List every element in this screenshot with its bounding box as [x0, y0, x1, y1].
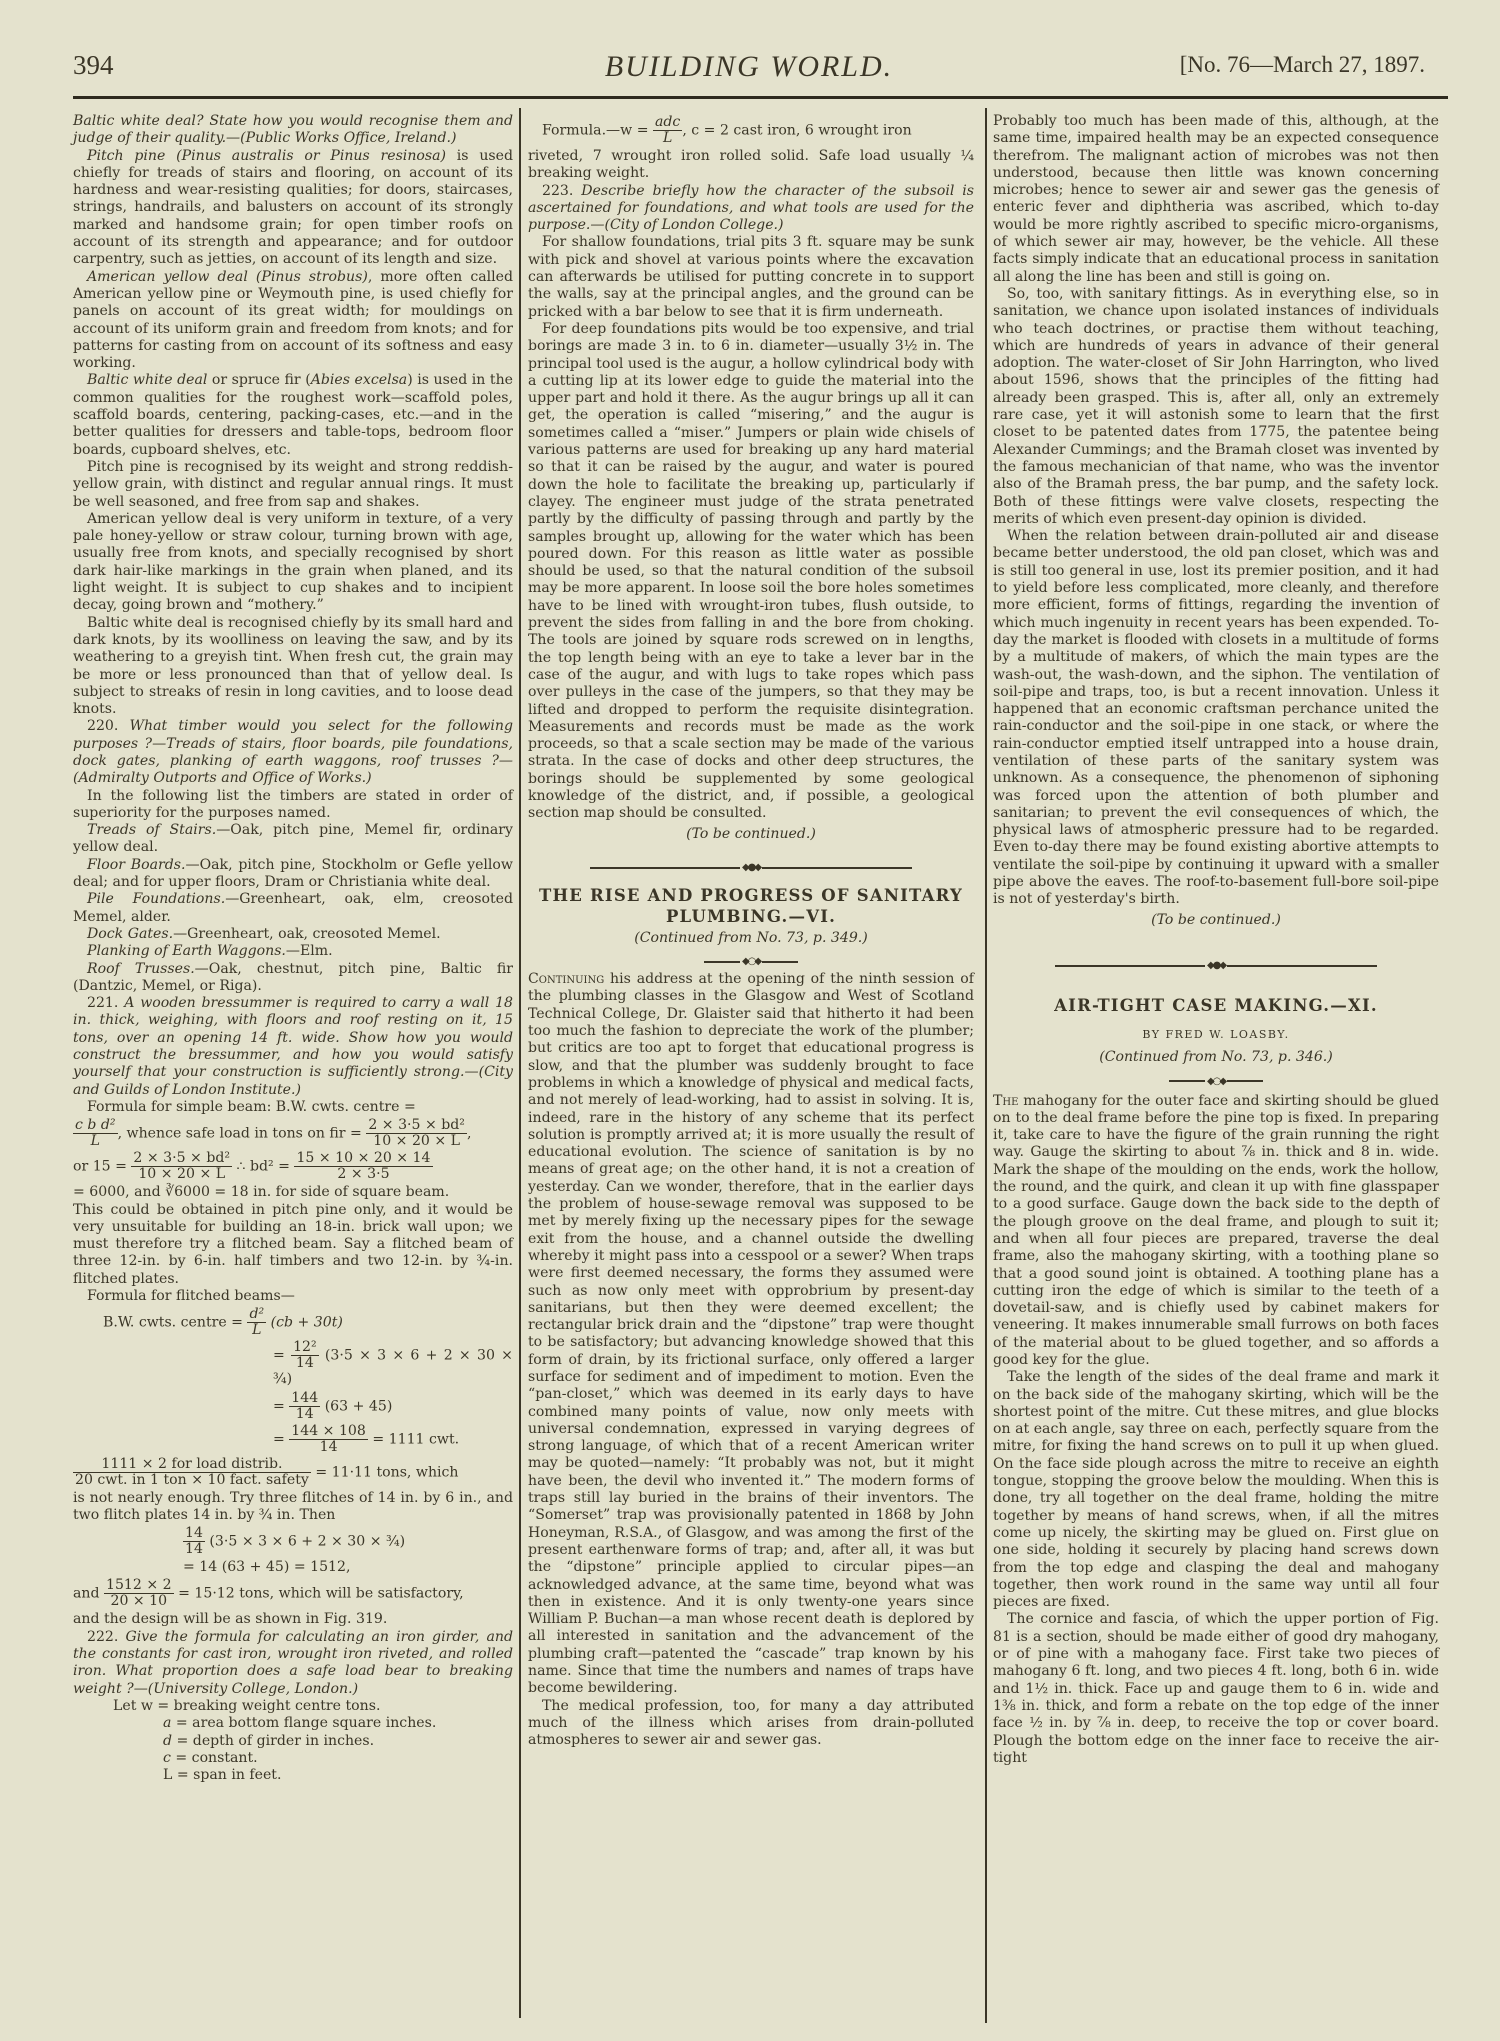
ornament-divider: ◆●◆: [528, 859, 974, 867]
article-headline: AIR-TIGHT CASE MAKING.—XI.: [993, 995, 1439, 1016]
question-223: 223. Describe briefly how the character …: [528, 183, 974, 235]
byline: BY FRED W. LOASBY.: [993, 1026, 1439, 1043]
paragraph: Baltic white deal is recognised chiefly …: [73, 615, 513, 719]
variable-def: L = span in feet.: [73, 1767, 513, 1784]
paragraph: is not nearly enough. Try three flitches…: [73, 1490, 513, 1525]
paragraph: For deep foundations pits would be too e…: [528, 321, 974, 823]
question-222: 222. Give the formula for calculating an…: [73, 1629, 513, 1698]
formula-line: or 15 = 2 × 3·5 × bd²10 × 20 × L ∴ bd² =…: [73, 1151, 513, 1182]
formula-line: c b d²L, whence safe load in tons on fir…: [73, 1118, 513, 1149]
use-item: Planking of Earth Waggons.—Elm.: [73, 943, 513, 960]
formula-line: 1111 × 2 for load distrib.20 cwt. in 1 t…: [73, 1457, 513, 1488]
formula-line: = 14414 (63 + 45): [73, 1391, 513, 1422]
paragraph: In the following list the timbers are st…: [73, 788, 513, 823]
paragraph: Probably too much has been made of this,…: [993, 113, 1439, 286]
formula-line: = 12²14 (3·5 × 3 × 6 + 2 × 30 × ¾): [73, 1340, 513, 1388]
to-be-continued: (To be continued.): [993, 912, 1439, 929]
use-item: Pile Foundations.—Greenheart, oak, elm, …: [73, 891, 513, 926]
article-body: The cornice and fascia, of which the upp…: [993, 1611, 1439, 1767]
continued-from: (Continued from No. 73, p. 346.): [993, 1049, 1439, 1066]
variable-def: c = constant.: [73, 1750, 513, 1767]
variable-def: Let w = breaking weight centre tons.: [73, 1698, 513, 1715]
formula-intro: Formula for simple beam: B.W. cwts. cent…: [73, 1099, 513, 1116]
question-221: 221. A wooden bressummer is required to …: [73, 995, 513, 1099]
use-item: Roof Trusses.—Oak, chestnut, pitch pine,…: [73, 961, 513, 996]
column-2: Formula.—w = adcL, c = 2 cast iron, 6 wr…: [528, 113, 974, 1750]
variable-def: a = area bottom flange square inches.: [73, 1715, 513, 1732]
question-tail: Baltic white deal? State how you would r…: [73, 113, 513, 148]
formula-line: 1414 (3·5 × 3 × 6 + 2 × 30 × ¾): [73, 1526, 513, 1557]
continued-from: (Continued from No. 73, p. 349.): [528, 930, 974, 947]
variable-def: d = depth of girder in inches.: [73, 1733, 513, 1750]
use-item: Floor Boards.—Oak, pitch pine, Stockholm…: [73, 857, 513, 892]
ornament-divider: ◆○◆: [993, 1073, 1439, 1081]
header-rule: [73, 96, 1448, 99]
article-headline: THE RISE AND PROGRESS OF SANITARY PLUMBI…: [528, 885, 974, 927]
formula-line: = 14 (63 + 45) = 1512,: [73, 1559, 513, 1576]
issue-date: [No. 76—March 27, 1897.: [1180, 52, 1425, 78]
paragraph: Pitch pine is recognised by its weight a…: [73, 459, 513, 511]
formula-line: Formula.—w = adcL, c = 2 cast iron, 6 wr…: [528, 115, 974, 146]
newspaper-page: 394 BUILDING WORLD. [No. 76—March 27, 18…: [0, 0, 1500, 2041]
to-be-continued: (To be continued.): [528, 826, 974, 843]
page-header: 394 BUILDING WORLD. [No. 76—March 27, 18…: [73, 50, 1425, 90]
column-divider: [985, 108, 987, 2023]
formula-line: B.W. cwts. centre = d²L (cb + 30t): [73, 1307, 513, 1338]
column-divider: [519, 108, 521, 2018]
formula-line: and 1512 × 220 × 10 = 15·12 tons, which …: [73, 1578, 513, 1609]
paragraph: and the design will be as shown in Fig. …: [73, 1611, 513, 1628]
question-220: 220. What timber would you select for th…: [73, 718, 513, 787]
column-1: Baltic white deal? State how you would r…: [73, 113, 513, 1784]
paragraph: This could be obtained in pitch pine onl…: [73, 1202, 513, 1288]
article-body: Continuing his address at the opening of…: [528, 971, 974, 1697]
formula-intro: Formula for flitched beams—: [73, 1288, 513, 1305]
article-body: The medical profession, too, for many a …: [528, 1698, 974, 1750]
paragraph: When the relation between drain-polluted…: [993, 528, 1439, 909]
paragraph: Baltic white deal or spruce fir (Abies e…: [73, 372, 513, 458]
paragraph: So, too, with sanitary fittings. As in e…: [993, 286, 1439, 528]
formula-line: = 144 × 10814 = 1111 cwt.: [73, 1424, 513, 1455]
article-body: The mahogany for the outer face and skir…: [993, 1093, 1439, 1370]
paragraph: For shallow foundations, trial pits 3 ft…: [528, 234, 974, 320]
paragraph: American yellow deal is very uniform in …: [73, 511, 513, 615]
ornament-divider: ◆○◆: [528, 953, 974, 961]
formula-result: = 6000, and ∛6000 = 18 in. for side of s…: [73, 1184, 513, 1201]
use-item: Dock Gates.—Greenheart, oak, creosoted M…: [73, 926, 513, 943]
paragraph: Pitch pine (Pinus australis or Pinus res…: [73, 148, 513, 269]
paragraph: American yellow deal (Pinus strobus), mo…: [73, 269, 513, 373]
ornament-divider: ◆●◆: [993, 957, 1439, 965]
article-body: Take the length of the sides of the deal…: [993, 1369, 1439, 1611]
column-3: Probably too much has been made of this,…: [993, 113, 1439, 1767]
use-item: Treads of Stairs.—Oak, pitch pine, Memel…: [73, 822, 513, 857]
paragraph: riveted, 7 wrought iron rolled solid. Sa…: [528, 148, 974, 183]
